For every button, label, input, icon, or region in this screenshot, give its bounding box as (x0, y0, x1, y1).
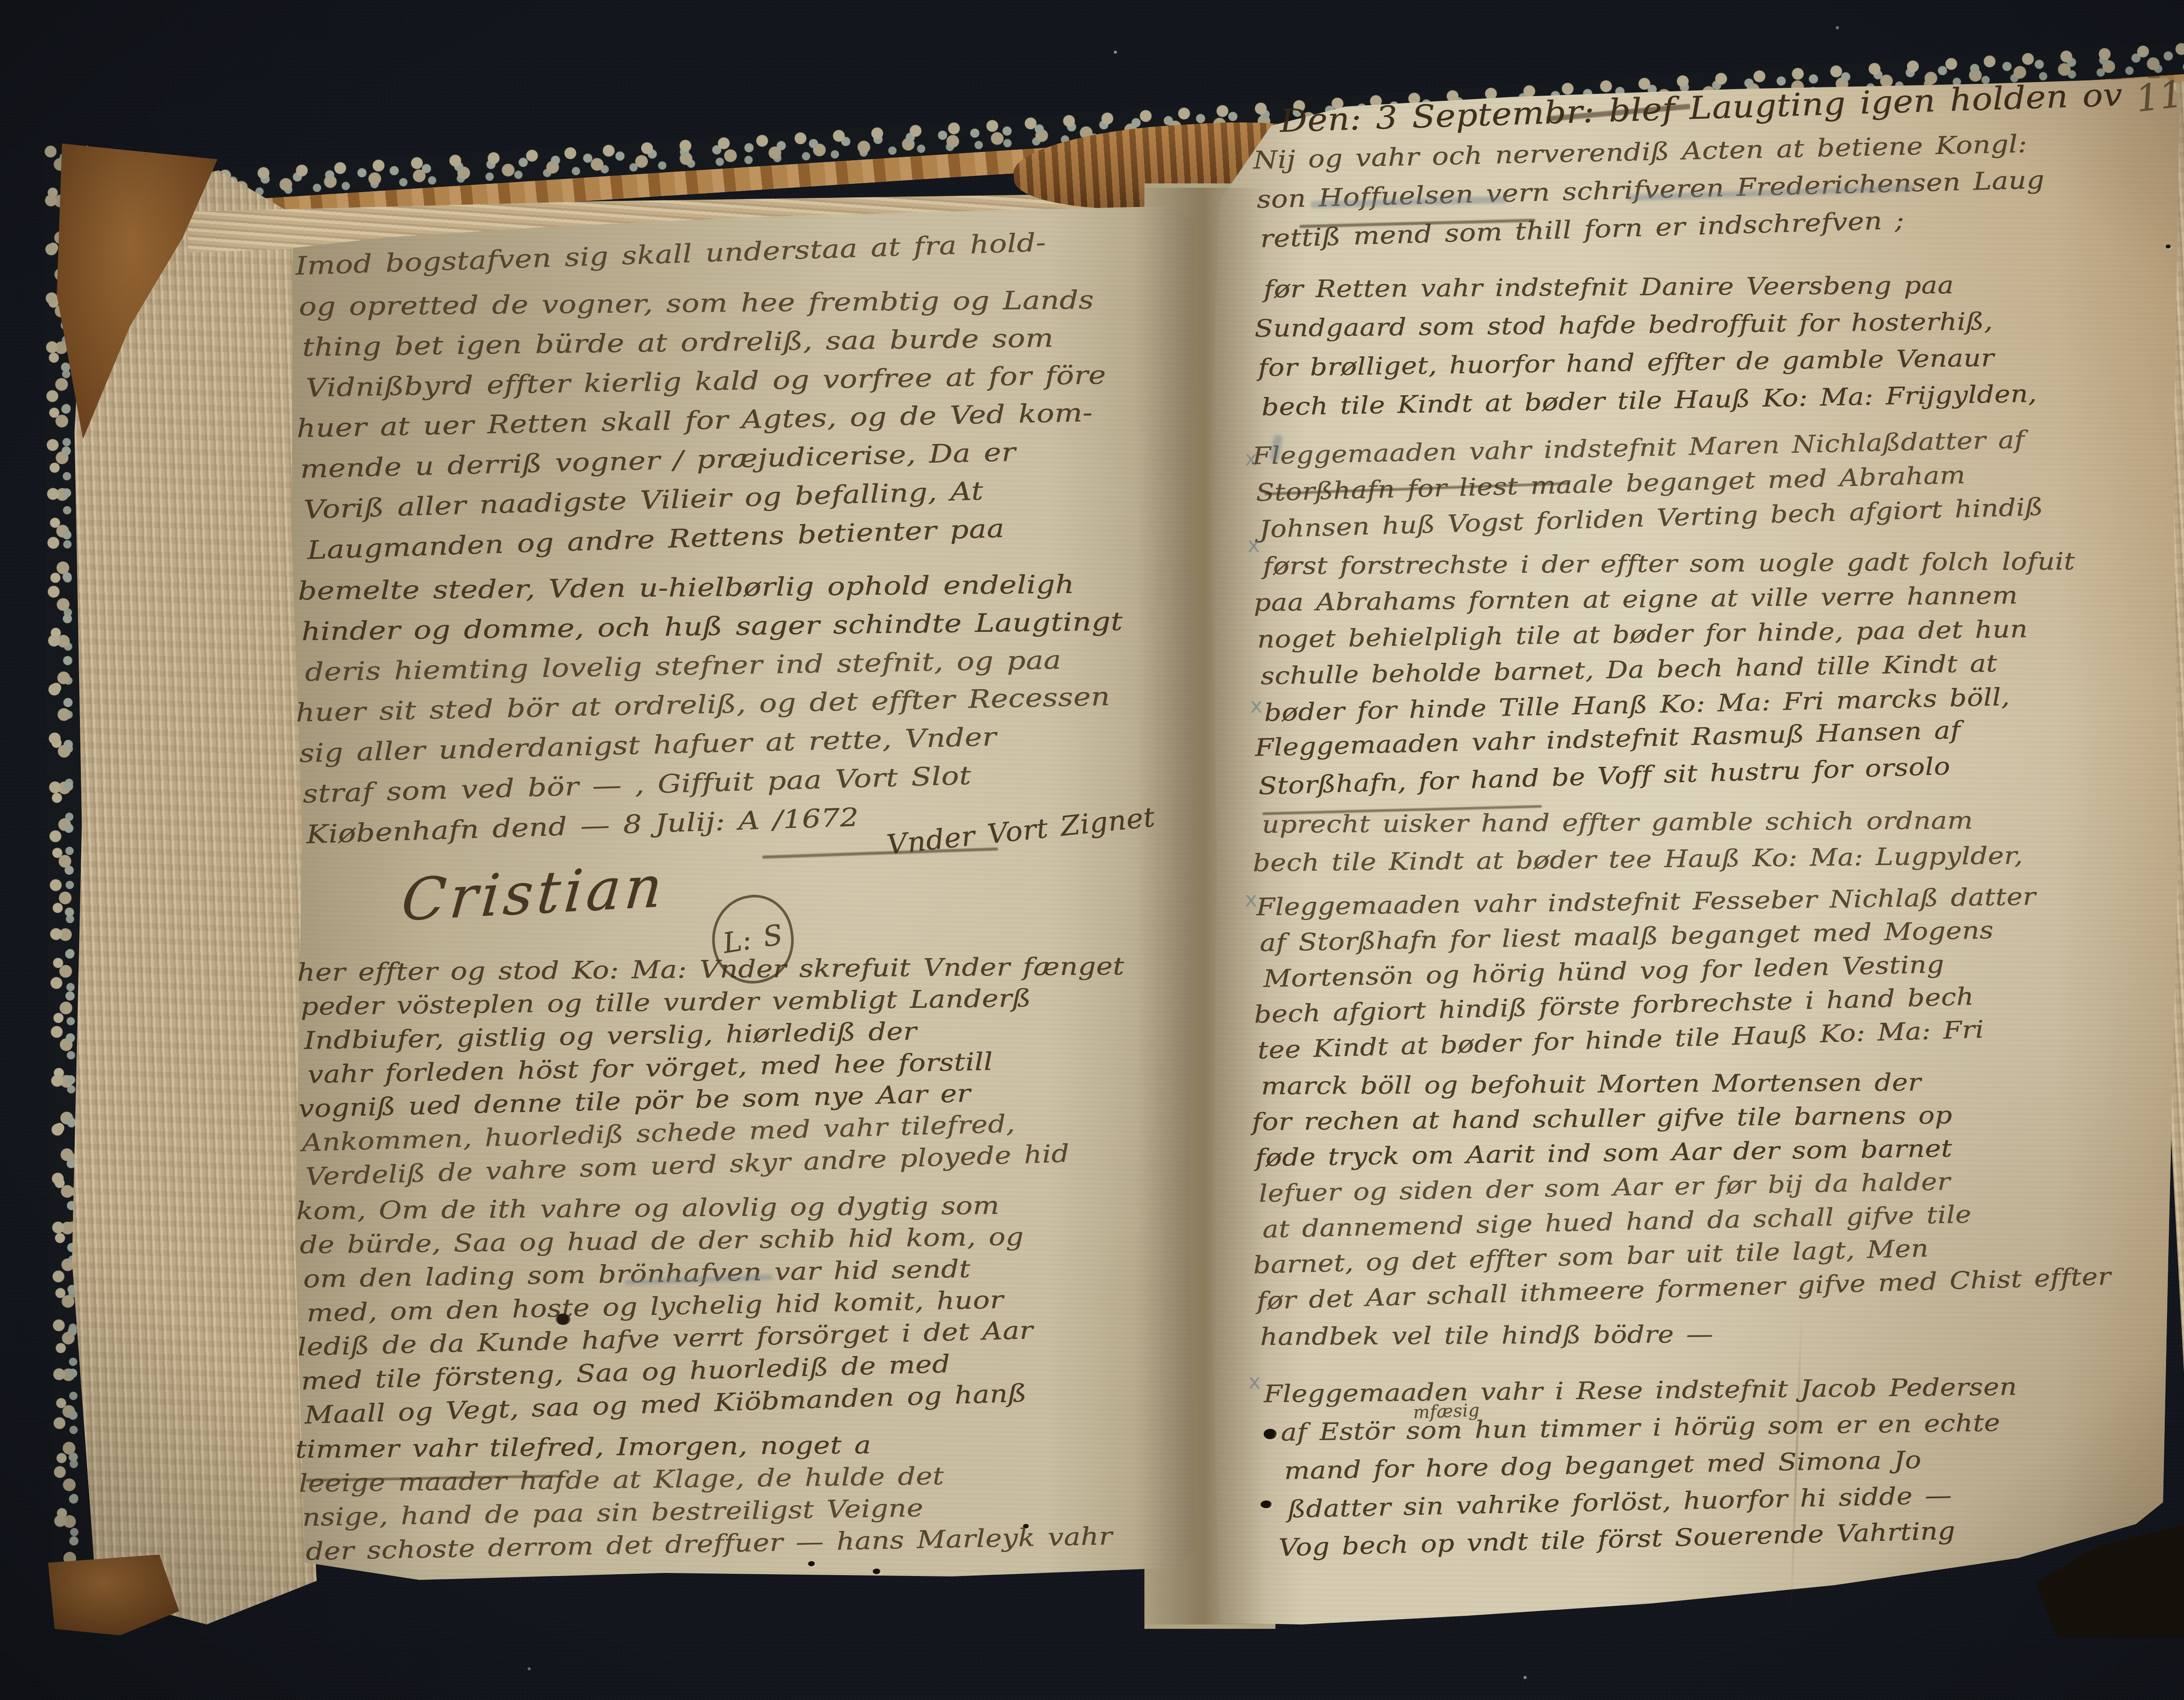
dust-specks (0, 0, 1, 1)
wormhole (1264, 1429, 1277, 1439)
page-number: 117 (2133, 69, 2184, 121)
wormhole (808, 1561, 815, 1566)
margin-x-mark: x (1245, 446, 1257, 471)
wormhole (1023, 1524, 1029, 1528)
wormhole (2166, 245, 2171, 248)
manuscript-line: handbek vel tile hindß bödre — (1260, 1320, 1714, 1351)
margin-x-mark: x (1250, 693, 1262, 718)
royal-signature: Cristian (399, 853, 669, 934)
bottom-left-leather-corner (48, 1555, 179, 1635)
margin-x-mark: x (1248, 1369, 1261, 1394)
ink-blot (556, 1314, 570, 1325)
seal-mark-label: L: S (721, 919, 785, 960)
scanned-manuscript-book: Imod bogstafven sig skall understaa at f… (0, 0, 2184, 1700)
manuscript-line: før Retten vahr indstefnit Danire Veersb… (1264, 271, 1954, 303)
margin-x-mark: x (1248, 533, 1260, 557)
margin-x-mark: x (1245, 887, 1257, 912)
manuscript-line: kom, Om de ith vahre og alovlig og dygti… (296, 1192, 1000, 1225)
manuscript-line: først forstrechste i der effter som uogl… (1263, 547, 2075, 580)
manuscript-line: marck böll og befohuit Morten Mortensen … (1261, 1068, 1921, 1100)
wormhole (1261, 1500, 1272, 1508)
manuscript-line: timmer vahr tilefred, Imorgen, noget a (295, 1431, 871, 1464)
inserted-word: mfæsig (1413, 1400, 1480, 1423)
wormhole (873, 1569, 881, 1574)
left-page-edge-stack (72, 170, 317, 1624)
